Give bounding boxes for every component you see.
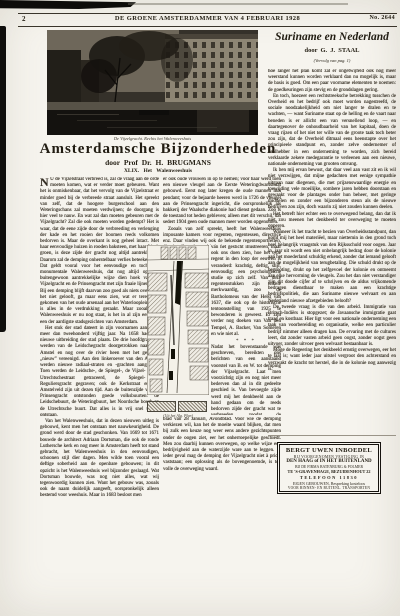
column2-map-section: (Uit het Alg. Plan) van het gesticht ill… [163,245,281,417]
street-map [147,245,209,395]
article-column-3: Suriname en Nederland door G. J. STAAL (… [268,31,396,419]
map-inset-row [147,401,209,412]
paragraph: Ik ben mij ervan bewust, dat daar veel a… [268,168,396,211]
article-title: Amsterdamsche Bijzonderheden [30,141,286,158]
ad-separator-rule [268,435,396,436]
paragraph: Dat geldt vooral voor het eenvoudige en … [40,264,159,326]
right-article-title: Suriname en Nederland [268,31,396,43]
paragraph: Wanneer ik het tracht te bezien van Over… [268,230,396,304]
advertisement-inner: BERGT UWEN INBOEDEL BIJ VOORGENOMEN VEST… [279,444,379,492]
article-column-2: er ook oude vrouwen in op te nemen; voor… [163,177,281,507]
ad-line8: VOOR BINNEN- EN BUITENL. TRANSPORTEN [280,486,378,490]
ad-line7: EIGEN GEBOUWEN, Bespreking kosteloos [280,481,378,486]
article-section-heading: XLIX. Het Walenweeshuis [30,168,286,174]
header-rule-bottom [18,26,397,27]
map-inset-left [147,401,176,412]
article-byline: door Prof Dr. H. BRUGMANS [30,158,286,167]
column2-bottom-paragraphs: blad van 28 Januari, Avondblad. Voor wie… [163,417,281,505]
ad-line5: TE 'S-GRAVENHAGE, BEZUIDENHOUT 22 [280,469,378,474]
paragraph: De tweede vraag is die van den arbeid. I… [268,305,396,348]
paragraph: Het betreft hier echter een te overwegen… [268,212,396,231]
ad-headline: BERGT UWEN INBOEDEL [280,447,378,454]
article-column-1: NU de Vijzelstraat verbreed is, zal de v… [40,177,159,507]
paragraph: Van het Walenweeshuis, dat in dezen nieu… [40,419,159,500]
drop-cap: N [40,177,50,187]
issue-number: No. 2644 [369,15,395,21]
paragraph: Moge de Regeering het denkbeeld ernstig … [268,348,396,373]
paragraph: blad van 28 Januari, Avondblad. Voor wie… [163,417,281,473]
continuation-note: (Vervolg van pag. 1) [268,58,396,63]
newspaper-title: DE GROENE AMSTERDAMMER VAN 4 FEBRUARI 19… [18,15,397,22]
canal-photo-art [47,30,258,135]
lead-paragraph: NU de Vijzelstraat verbreed is, zal de v… [40,177,159,264]
canal-photograph [47,30,258,135]
scan-artifact-left-bar [0,26,6,332]
map-inset-right [178,401,207,412]
column2-top-paragraphs: er ook oude vrouwen in op te nemen; voor… [163,177,281,245]
header-rule-top [18,13,397,14]
paragraph: Zooals van zelf spreekt, heeft het Walen… [163,227,281,245]
ad-line3: DEN HAAG of IN HET BUITENLAND [280,459,378,464]
map-caption: (Uit het Alg. Plan) [147,413,209,418]
column1-paragraphs: Dat geldt vooral voor het eenvoudige en … [40,264,159,500]
paragraph: er ook oude vrouwen in op te nemen; voor… [163,177,281,227]
street-map-block: (Uit het Alg. Plan) [147,245,209,418]
scan-artifact-topline [128,3,348,5]
lead-text: U de Vijzelstraat verbreed is, zal de vr… [40,177,159,263]
right-article-body: hoe langer het plan komt zal er ongetwij… [268,69,396,419]
paragraph: hoe langer het plan komt zal er ongetwij… [268,69,396,94]
paragraph: En toch, hoezeer een rechtstreeksche bet… [268,94,396,168]
advertisement-box: BERGT UWEN INBOEDEL BIJ VOORGENOMEN VEST… [277,442,381,494]
masthead: 2 DE GROENE AMSTERDAMMER VAN 4 FEBRUARI … [18,15,397,25]
right-article-byline: door G. J. STAAL [268,47,396,54]
newspaper-page: 2 DE GROENE AMSTERDAMMER VAN 4 FEBRUARI … [0,0,400,616]
paragraph: Het stuk der stad dateert in zijn voorna… [40,326,159,419]
ad-telephone: TELEFOON 11830 [280,475,378,480]
scan-artifact-top [0,0,136,9]
